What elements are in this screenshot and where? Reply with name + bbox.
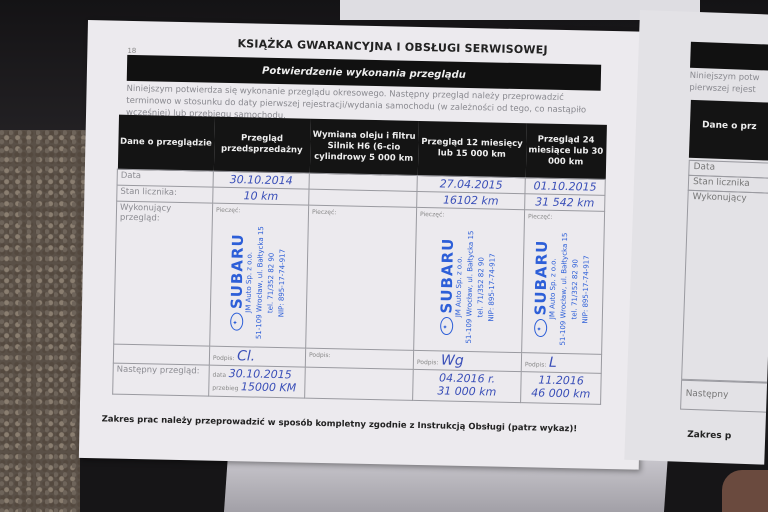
subaru-logo-icon: ✦ — [533, 319, 546, 337]
date-value: 30.10.2014 — [213, 171, 309, 189]
next-service-cell: 11.2016 46 000 km — [521, 372, 602, 405]
booklet-left-page: KSIĄŻKA GWARANCYJNA I OBSŁUGI SERWISOWEJ… — [79, 20, 648, 470]
stamp-cell: Pieczęć: ✦SUBARU JM Auto Sp. z o.o. 51-1… — [210, 203, 309, 348]
stamp-label: Pieczęć: — [216, 207, 240, 215]
next-date-value: 30.10.2015 — [229, 367, 292, 381]
stamp-line: 51-109 Wrocław, ul. Bałtycka 15 — [253, 226, 266, 339]
stamp-label: Pieczęć: — [420, 211, 444, 219]
page-number: 18 — [127, 47, 136, 55]
signature-label: Podpis: — [213, 355, 235, 362]
booklet-title: KSIĄŻKA GWARANCYJNA I OBSŁUGI SERWISOWEJ — [237, 37, 547, 56]
signature: Cl. — [237, 348, 255, 364]
subaru-logo-icon: ✦ — [439, 317, 452, 335]
table-header-row: Dane o przeglądzie Przegląd przedsprzeda… — [117, 115, 606, 180]
signature-label: Podpis: — [525, 361, 547, 368]
stamp-line: 51-109 Wrocław, ul. Bałtycka 15 — [463, 231, 476, 344]
stamp-cell: Pieczęć: — [306, 205, 417, 350]
next-date-label: data — [213, 372, 227, 379]
next-mileage-value: 15000 KM — [241, 380, 296, 394]
right-table-header: Dane o prz — [689, 100, 768, 162]
hand — [722, 470, 768, 512]
signature-cell: Podpis: — [305, 348, 413, 369]
stamp-cell: Pieczęć: ✦SUBARU JM Auto Sp. z o.o. 51-1… — [414, 207, 525, 352]
right-footer: Zakres p — [687, 430, 731, 442]
right-intro: Niniejszym potw pierwszej rejest — [689, 70, 760, 96]
subaru-logo-icon: ✦ — [230, 313, 243, 331]
signature-label: Podpis: — [309, 352, 331, 359]
empty-cell — [113, 344, 209, 365]
stamp-line: NIP: 895-17-74-917 — [579, 233, 592, 346]
column-header: Wymiana oleju i filtru Silnik H6 (6-cio … — [309, 119, 418, 176]
stamp-label: Pieczęć: — [528, 213, 552, 221]
column-header: Przegląd 24 miesiące lub 30 000 km — [525, 123, 606, 179]
dealer-stamp: ✦SUBARU JM Auto Sp. z o.o. 51-109 Wrocła… — [533, 232, 592, 346]
next-service-cell — [305, 367, 414, 400]
stamp-line: NIP: 895-17-74-917 — [485, 231, 498, 344]
right-row-next: Następny — [680, 380, 768, 414]
date-value: 01.10.2015 — [525, 178, 605, 196]
row-label: Następny przegląd: — [113, 363, 210, 396]
signature-cell: Podpis: Wg — [413, 350, 521, 371]
stamp-cell: Pieczęć: ✦SUBARU JM Auto Sp. z o.o. 51-1… — [522, 210, 605, 355]
right-banner — [690, 42, 768, 72]
column-header: Przegląd przedsprzedażny — [213, 117, 310, 173]
odometer-value: 10 km — [213, 187, 309, 205]
dealer-stamp: ✦SUBARU JM Auto Sp. z o.o. 51-109 Wrocła… — [229, 226, 288, 340]
signature: L — [549, 355, 557, 371]
next-service-cell: 04.2016 r. 31 000 km — [413, 369, 522, 402]
table-row-stamp: Wykonujący przegląd: Pieczęć: ✦SUBARU JM… — [114, 201, 605, 354]
stamp-line: NIP: 895-17-74-917 — [275, 227, 288, 340]
stamp-line: 51-109 Wrocław, ul. Bałtycka 15 — [557, 233, 570, 346]
footer-note: Zakres prac należy przeprowadzić w sposó… — [102, 414, 578, 434]
stamp-label: Pieczęć: — [312, 209, 336, 217]
service-record-table: Dane o przeglądzie Przegląd przedsprzeda… — [112, 115, 607, 405]
booklet-right-page: Niniejszym potw pierwszej rejest Dane o … — [624, 10, 768, 465]
signature-label: Podpis: — [417, 359, 439, 366]
right-row-performed: Wykonujący — [681, 190, 768, 384]
signature-cell: Podpis: Cl. — [209, 346, 305, 367]
signature: Wg — [441, 352, 464, 368]
next-mileage-label: przebieg — [212, 385, 238, 393]
row-label: Wykonujący przegląd: — [114, 201, 213, 346]
dealer-stamp: ✦SUBARU JM Auto Sp. z o.o. 51-109 Wrocła… — [439, 230, 498, 344]
next-mileage-value: 31 000 km — [416, 384, 517, 399]
right-intro-line: pierwszej rejest — [689, 82, 759, 96]
column-header: Przegląd 12 miesięcy lub 15 000 km — [417, 121, 526, 178]
next-service-cell: data 30.10.2015 przebieg 15000 KM — [209, 365, 306, 398]
row-header: Dane o przeglądzie — [117, 115, 214, 171]
next-mileage-value: 46 000 km — [524, 386, 597, 401]
row-label: Stan licznika: — [117, 185, 213, 203]
odometer-value: 31 542 km — [525, 194, 605, 212]
signature-cell: Podpis: L — [521, 353, 601, 374]
